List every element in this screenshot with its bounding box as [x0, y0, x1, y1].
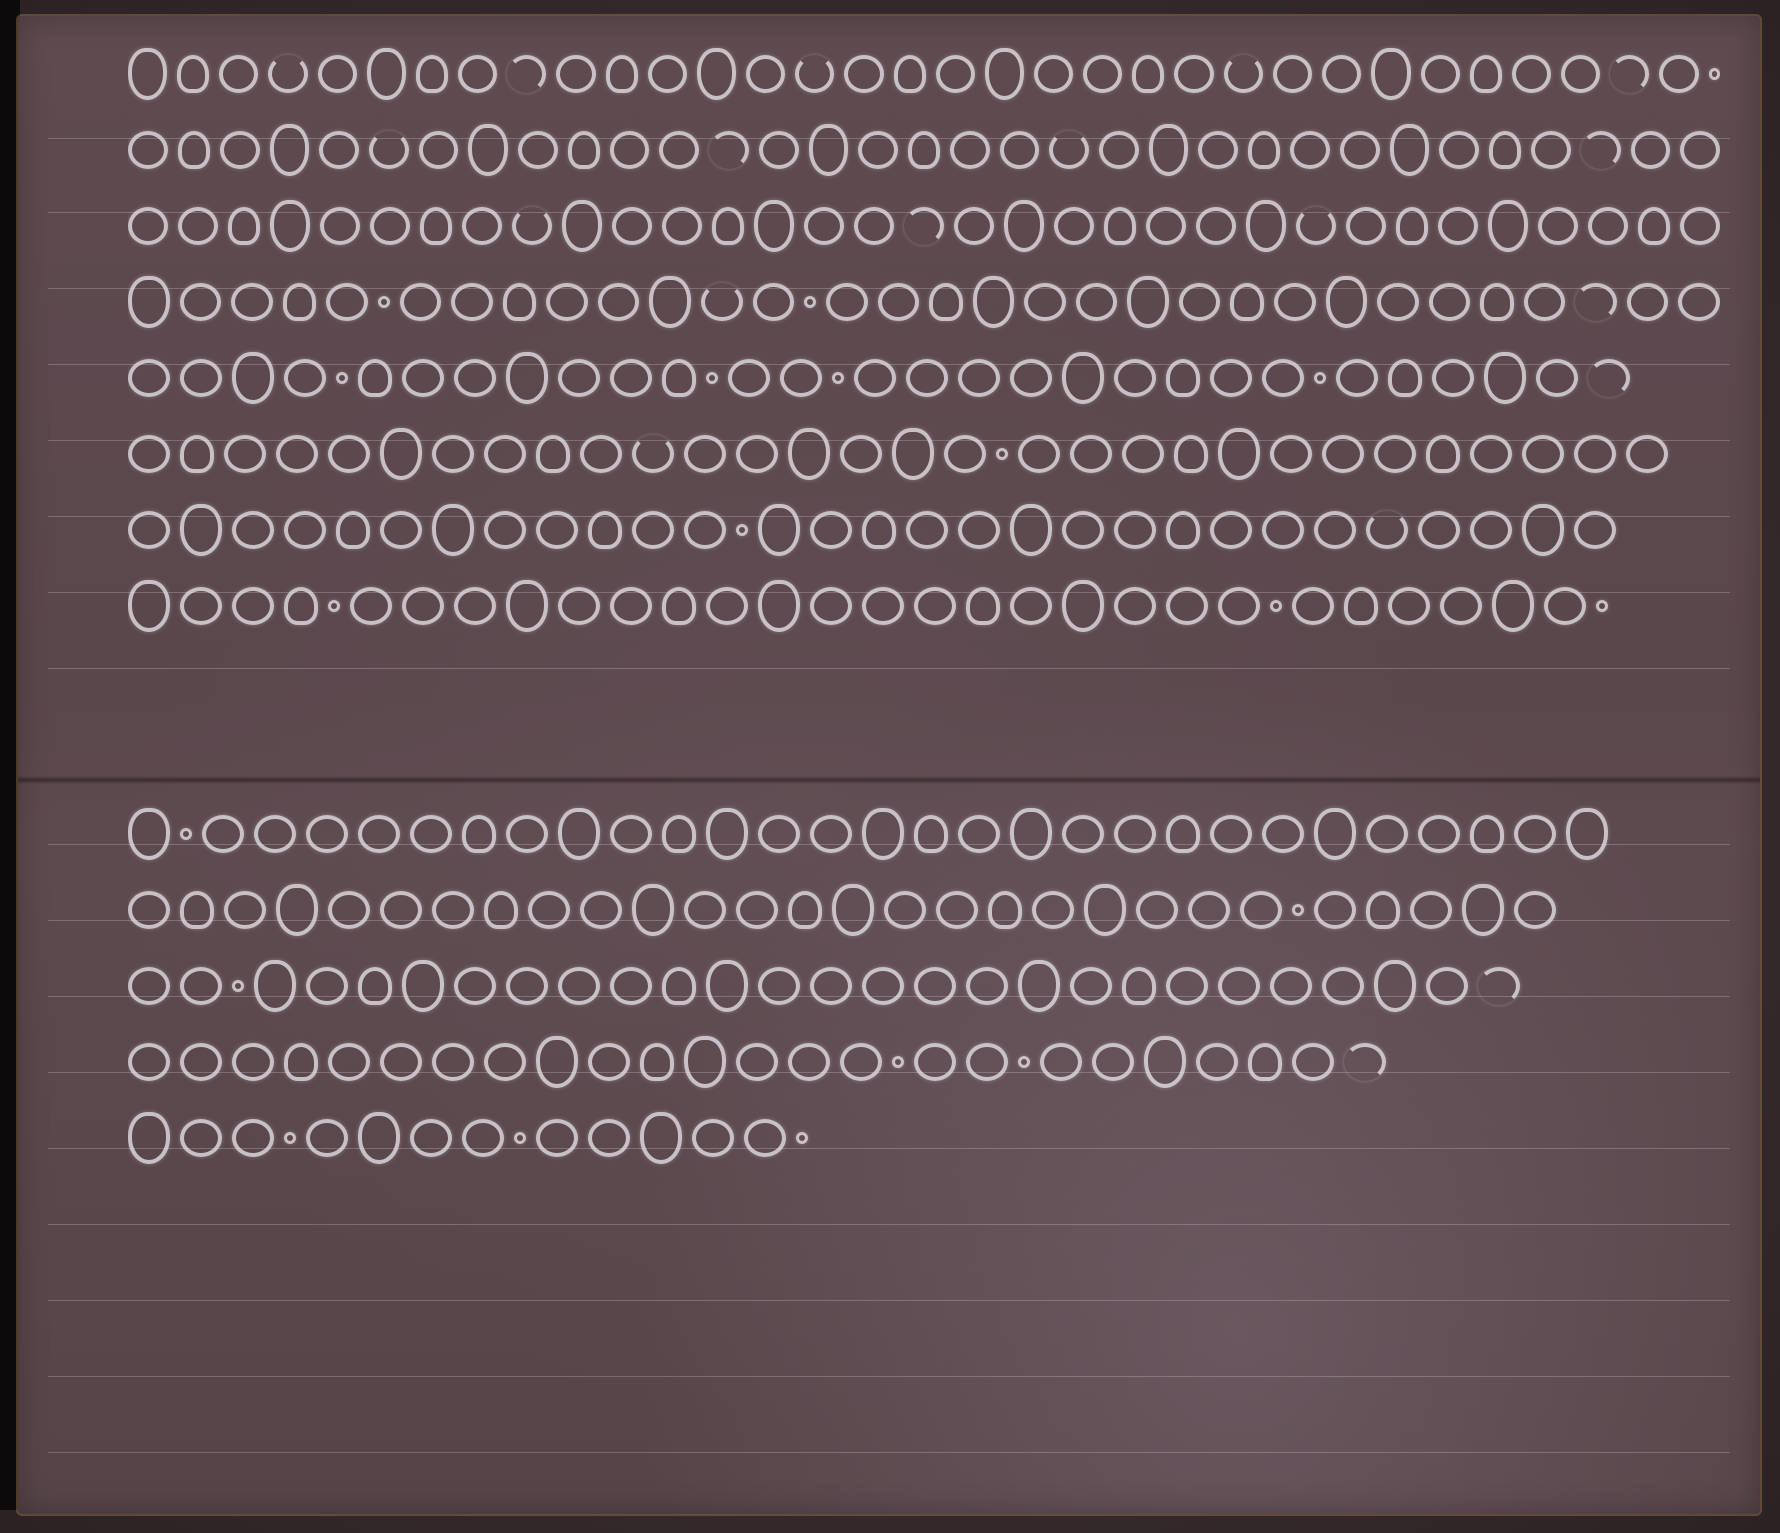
script-line: [handwritten Burmese line 4] [128, 272, 1720, 332]
script-line: [handwritten Burmese line 10] [128, 804, 1720, 864]
parabaik-leaf: Burmese parabaik manuscript (folded blac… [18, 16, 1760, 1514]
script-line: [handwritten Burmese line 6] [128, 424, 1720, 484]
script-line: [handwritten Burmese line 3] [128, 196, 1720, 256]
script-line: [handwritten Burmese line 14 (short, fin… [128, 1108, 860, 1168]
ruled-line [48, 1300, 1730, 1301]
script-line: [handwritten Burmese line 13] [128, 1032, 1720, 1092]
left-edge-shadow [0, 0, 20, 1510]
script-line: [handwritten Burmese line 1] [128, 44, 1720, 104]
ruled-line [48, 1452, 1730, 1453]
fold-crease [18, 776, 1760, 784]
ruled-line [48, 668, 1730, 669]
ruled-line [48, 1224, 1730, 1225]
ruled-line [48, 1376, 1730, 1377]
script-line: [handwritten Burmese line 8] [128, 576, 1720, 636]
script-line: [handwritten Burmese line 2] [128, 120, 1720, 180]
script-line: [handwritten Burmese line 7] [128, 500, 1720, 560]
script-line: [handwritten Burmese line 5] [128, 348, 1720, 408]
script-line: [handwritten Burmese line 11] [128, 880, 1720, 940]
script-line: [handwritten Burmese line 12] [128, 956, 1720, 1016]
